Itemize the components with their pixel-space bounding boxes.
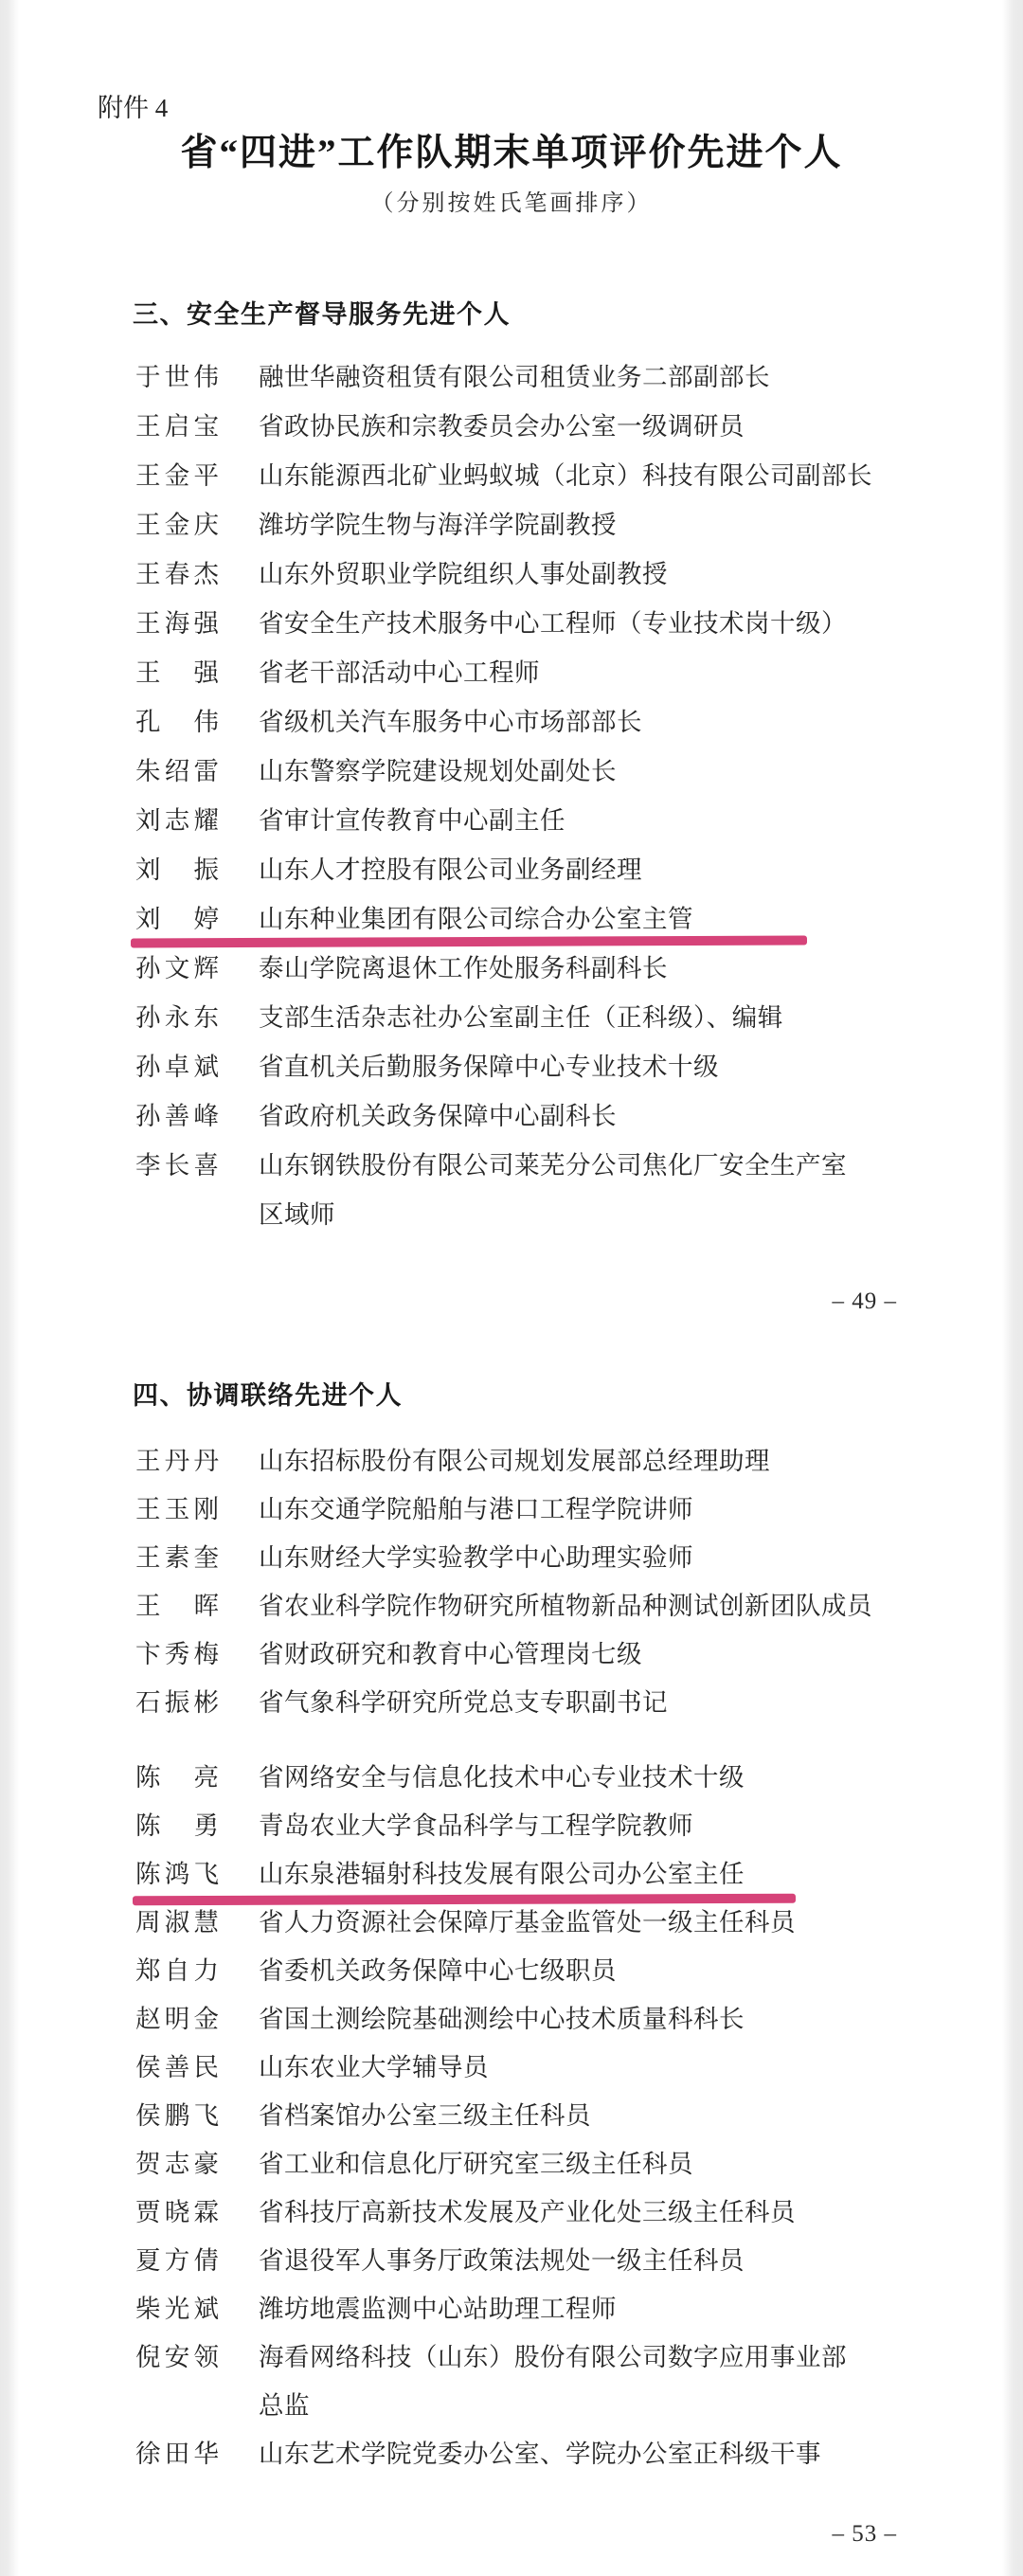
name-char: 方: [165, 2237, 190, 2285]
person-title: 省政府机关政务保障中心副科长: [259, 1091, 617, 1141]
document-title: 省“四进”工作队期末单项评价先进个人: [0, 131, 1023, 176]
person-title: 潍坊学院生物与海洋学院副教授: [259, 500, 617, 549]
person-name: 贺志豪: [135, 2140, 219, 2189]
name-char: 振: [194, 845, 220, 894]
person-name: 王丹丹: [135, 1437, 219, 1486]
name-char: 素: [165, 1534, 190, 1582]
name-char: 斌: [194, 2285, 220, 2333]
name-char: 长: [165, 1141, 190, 1190]
person-name: 侯善民: [135, 2044, 219, 2092]
person-title: 省审计宣传教育中心副主任: [259, 796, 565, 845]
name-char: 鹏: [165, 2092, 190, 2140]
name-char: 振: [165, 1679, 190, 1727]
name-char: 安: [165, 2333, 190, 2382]
person-name: 陈勇: [135, 1802, 219, 1850]
person-name: 王启宝: [135, 402, 219, 451]
person-name: 孙永东: [135, 993, 219, 1042]
name-char: 民: [194, 2044, 220, 2092]
name-char: 晓: [165, 2189, 190, 2237]
name-char: 文: [165, 944, 190, 993]
list-item: 孔伟省级机关汽车服务中心市场部部长: [135, 697, 1014, 747]
person-title: 青岛农业大学食品科学与工程学院教师: [259, 1802, 693, 1850]
list-item: 夏方倩省退役军人事务厅政策法规处一级主任科员: [135, 2237, 1014, 2285]
person-title: 省政协民族和宗教委员会办公室一级调研员: [259, 402, 745, 451]
name-char: 伟: [194, 697, 220, 747]
name-char: 光: [165, 2285, 190, 2333]
name-char: 王: [135, 648, 161, 697]
list-item: 陈勇青岛农业大学食品科学与工程学院教师: [135, 1802, 1014, 1850]
name-char: 力: [194, 1947, 220, 1995]
name-char: 陈: [135, 1802, 161, 1850]
name-char: 王: [135, 1437, 161, 1486]
name-char: 宝: [194, 402, 220, 451]
name-char: 志: [165, 2140, 190, 2189]
list-item: 刘婷山东种业集团有限公司综合办公室主管: [135, 894, 1014, 944]
name-char: 孙: [135, 944, 161, 993]
section-heading-liaison: 四、协调联络先进个人: [133, 1382, 1023, 1409]
person-name: 刘婷: [135, 894, 219, 944]
section-list-liaison: 王丹丹山东招标股份有限公司规划发展部总经理助理王玉刚山东交通学院船舶与港口工程学…: [135, 1437, 1014, 2478]
person-name: 倪安领: [135, 2333, 219, 2382]
name-char: 勇: [194, 1802, 220, 1850]
name-char: 于: [135, 352, 161, 402]
person-title: 省网络安全与信息化技术中心专业技术十级: [259, 1754, 745, 1802]
name-char: 夏: [135, 2237, 161, 2285]
name-char: 春: [165, 549, 190, 599]
name-char: 梅: [194, 1630, 220, 1679]
person-title: 海看网络科技（山东）股份有限公司数字应用事业部 总监: [259, 2333, 847, 2430]
list-item: 刘志耀省审计宣传教育中心副主任: [135, 796, 1014, 845]
person-name: 徐田华: [135, 2430, 219, 2478]
name-char: 平: [194, 451, 220, 500]
person-name: 王玉刚: [135, 1486, 219, 1534]
person-title: 省安全生产技术服务中心工程师（专业技术岗十级）: [259, 599, 847, 648]
list-item: 卞秀梅省财政研究和教育中心管理岗七级: [135, 1630, 1014, 1679]
name-char: 刘: [135, 894, 161, 944]
name-char: 世: [165, 352, 190, 402]
person-title: 省国土测绘院基础测绘中心技术质量科科长: [259, 1995, 745, 2044]
person-name: 王海强: [135, 599, 219, 648]
name-char: 自: [165, 1947, 190, 1995]
person-title: 潍坊地震监测中心站助理工程师: [259, 2285, 617, 2333]
name-char: 飞: [194, 1850, 220, 1899]
list-item: 于世伟融世华融资租赁有限公司租赁业务二部副部长: [135, 352, 1014, 402]
list-item: 贺志豪省工业和信息化厅研究室三级主任科员: [135, 2140, 1014, 2189]
list-item: 侯善民山东农业大学辅导员: [135, 2044, 1014, 2092]
name-char: 伟: [194, 352, 220, 402]
section-list-safety: 于世伟融世华融资租赁有限公司租赁业务二部副部长王启宝省政协民族和宗教委员会办公室…: [135, 352, 1014, 1239]
name-char: 朱: [135, 747, 161, 796]
name-char: 秀: [165, 1630, 190, 1679]
person-title: 省人力资源社会保障厅基金监管处一级主任科员: [259, 1899, 796, 1947]
list-item: 孙善峰省政府机关政务保障中心副科长: [135, 1091, 1014, 1141]
page-number-49: – 49 –: [0, 1289, 1023, 1314]
name-char: 婷: [194, 894, 220, 944]
name-char: 陈: [135, 1850, 161, 1899]
name-char: 华: [194, 2430, 220, 2478]
list-item: 朱绍雷山东警察学院建设规划处副处长: [135, 747, 1014, 796]
name-char: 海: [165, 599, 190, 648]
name-char: 倪: [135, 2333, 161, 2382]
person-name: 孙善峰: [135, 1091, 219, 1141]
person-title: 省委机关政务保障中心七级职员: [259, 1947, 617, 1995]
name-char: 贾: [135, 2189, 161, 2237]
name-char: 孔: [135, 697, 161, 747]
person-name: 王强: [135, 648, 219, 697]
name-char: 赵: [135, 1995, 161, 2044]
name-char: 孙: [135, 1091, 161, 1141]
name-char: 亮: [194, 1754, 220, 1802]
page-number-53: – 53 –: [0, 2522, 1023, 2547]
name-char: 卓: [165, 1042, 190, 1091]
name-char: 强: [194, 648, 220, 697]
person-name: 孙文辉: [135, 944, 219, 993]
name-char: 陈: [135, 1754, 161, 1802]
name-char: 王: [135, 402, 161, 451]
name-char: 金: [165, 451, 190, 500]
person-name: 陈鸿飞: [135, 1850, 219, 1899]
person-name: 王金庆: [135, 500, 219, 549]
name-char: 王: [135, 599, 161, 648]
name-char: 王: [135, 1582, 161, 1630]
person-title: 山东警察学院建设规划处副处长: [259, 747, 617, 796]
person-name: 周淑慧: [135, 1899, 219, 1947]
list-item: 倪安领海看网络科技（山东）股份有限公司数字应用事业部 总监: [135, 2333, 1014, 2430]
name-char: 刘: [135, 845, 161, 894]
name-char: 周: [135, 1899, 161, 1947]
name-char: 强: [194, 599, 220, 648]
name-char: 东: [194, 993, 220, 1042]
person-name: 刘志耀: [135, 796, 219, 845]
name-char: 霖: [194, 2189, 220, 2237]
list-item: 柴光斌潍坊地震监测中心站助理工程师: [135, 2285, 1014, 2333]
name-char: 徐: [135, 2430, 161, 2478]
person-name: 贾晓霖: [135, 2189, 219, 2237]
name-char: 善: [165, 1091, 190, 1141]
name-char: 丹: [194, 1437, 220, 1486]
name-char: 侯: [135, 2092, 161, 2140]
person-name: 赵明金: [135, 1995, 219, 2044]
person-name: 于世伟: [135, 352, 219, 402]
person-title: 山东能源西北矿业蚂蚁城（北京）科技有限公司副部长: [259, 451, 872, 500]
name-char: 耀: [194, 796, 220, 845]
person-name: 孙卓斌: [135, 1042, 219, 1091]
list-item: 孙文辉泰山学院离退休工作处服务科副科长: [135, 944, 1014, 993]
list-item: 王素奎山东财经大学实验教学中心助理实验师: [135, 1534, 1014, 1582]
person-name: 孔伟: [135, 697, 219, 747]
person-name: 刘振: [135, 845, 219, 894]
person-title: 省退役军人事务厅政策法规处一级主任科员: [259, 2237, 745, 2285]
list-item: 王丹丹山东招标股份有限公司规划发展部总经理助理: [135, 1437, 1014, 1486]
name-char: 永: [165, 993, 190, 1042]
list-item: 孙永东支部生活杂志社办公室副主任（正科级）、编辑: [135, 993, 1014, 1042]
name-char: 奎: [194, 1534, 220, 1582]
document-subtitle: （分别按姓氏笔画排序）: [0, 189, 1023, 218]
name-char: 田: [165, 2430, 190, 2478]
name-char: 善: [165, 2044, 190, 2092]
person-title: 山东泉港辐射科技发展有限公司办公室主任: [259, 1850, 745, 1899]
person-name: 柴光斌: [135, 2285, 219, 2333]
person-name: 朱绍雷: [135, 747, 219, 796]
person-title: 融世华融资租赁有限公司租赁业务二部副部长: [259, 352, 770, 402]
name-char: 玉: [165, 1486, 190, 1534]
name-char: 贺: [135, 2140, 161, 2189]
list-item: 王金庆潍坊学院生物与海洋学院副教授: [135, 500, 1014, 549]
name-char: 启: [165, 402, 190, 451]
name-char: 金: [194, 1995, 220, 2044]
person-name: 郑自力: [135, 1947, 219, 1995]
name-char: 领: [194, 2333, 220, 2382]
name-char: 志: [165, 796, 190, 845]
person-title: 山东招标股份有限公司规划发展部总经理助理: [259, 1437, 770, 1486]
list-item: 贾晓霖省科技厅高新技术发展及产业化处三级主任科员: [135, 2189, 1014, 2237]
section-heading-safety: 三、安全生产督导服务先进个人: [133, 301, 1023, 328]
name-char: 慧: [194, 1899, 220, 1947]
list-item: 赵明金省国土测绘院基础测绘中心技术质量科科长: [135, 1995, 1014, 2044]
person-name: 夏方倩: [135, 2237, 219, 2285]
name-char: 侯: [135, 2044, 161, 2092]
name-char: 孙: [135, 993, 161, 1042]
name-char: 杰: [194, 549, 220, 599]
person-title: 省农业科学院作物研究所植物新品种测试创新团队成员: [259, 1582, 872, 1630]
name-char: 王: [135, 1486, 161, 1534]
name-char: 金: [165, 500, 190, 549]
name-char: 喜: [194, 1141, 220, 1190]
person-name: 王素奎: [135, 1534, 219, 1582]
name-char: 丹: [165, 1437, 190, 1486]
name-char: 峰: [194, 1091, 220, 1141]
attachment-label: 附件 4: [98, 95, 1023, 121]
person-name: 王金平: [135, 451, 219, 500]
name-char: 刚: [194, 1486, 220, 1534]
list-item: 王晖省农业科学院作物研究所植物新品种测试创新团队成员: [135, 1582, 1014, 1630]
name-char: 晖: [194, 1582, 220, 1630]
list-item: 陈鸿飞山东泉港辐射科技发展有限公司办公室主任: [135, 1850, 1014, 1899]
name-char: 雷: [194, 747, 220, 796]
list-item: 孙卓斌省直机关后勤服务保障中心专业技术十级: [135, 1042, 1014, 1091]
person-title: 泰山学院离退休工作处服务科副科长: [259, 944, 668, 993]
list-item: 周淑慧省人力资源社会保障厅基金监管处一级主任科员: [135, 1899, 1014, 1947]
name-char: 绍: [165, 747, 190, 796]
name-char: 斌: [194, 1042, 220, 1091]
list-item: 郑自力省委机关政务保障中心七级职员: [135, 1947, 1014, 1995]
person-name: 侯鹏飞: [135, 2092, 219, 2140]
list-item: 石振彬省气象科学研究所党总支专职副书记: [135, 1679, 1014, 1727]
name-char: 柴: [135, 2285, 161, 2333]
list-item: 徐田华山东艺术学院党委办公室、学院办公室正科级干事: [135, 2430, 1014, 2478]
person-title: 省科技厅高新技术发展及产业化处三级主任科员: [259, 2189, 796, 2237]
name-char: 石: [135, 1679, 161, 1727]
name-char: 鸿: [165, 1850, 190, 1899]
person-name: 陈亮: [135, 1754, 219, 1802]
list-item: 刘振山东人才控股有限公司业务副经理: [135, 845, 1014, 894]
list-item: 王春杰山东外贸职业学院组织人事处副教授: [135, 549, 1014, 599]
person-title: 省档案馆办公室三级主任科员: [259, 2092, 591, 2140]
name-char: 刘: [135, 796, 161, 845]
list-item: 李长喜山东钢铁股份有限公司莱芜分公司焦化厂安全生产室 区域师: [135, 1141, 1014, 1239]
list-item: 王强省老干部活动中心工程师: [135, 648, 1014, 697]
list-item: 侯鹏飞省档案馆办公室三级主任科员: [135, 2092, 1014, 2140]
person-title: 山东交通学院船舶与港口工程学院讲师: [259, 1486, 693, 1534]
list-item: 王金平山东能源西北矿业蚂蚁城（北京）科技有限公司副部长: [135, 451, 1014, 500]
scanned-document-page: { "page": { "attachment_label": "附件 4", …: [0, 0, 1023, 2576]
name-char: 李: [135, 1141, 161, 1190]
person-name: 卞秀梅: [135, 1630, 219, 1679]
person-title: 山东外贸职业学院组织人事处副教授: [259, 549, 668, 599]
person-title: 支部生活杂志社办公室副主任（正科级）、编辑: [259, 993, 783, 1042]
person-name: 石振彬: [135, 1679, 219, 1727]
name-char: 豪: [194, 2140, 220, 2189]
name-char: 王: [135, 549, 161, 599]
person-title: 省财政研究和教育中心管理岗七级: [259, 1630, 642, 1679]
person-title: 省直机关后勤服务保障中心专业技术十级: [259, 1042, 719, 1091]
name-char: 郑: [135, 1947, 161, 1995]
name-char: 飞: [194, 2092, 220, 2140]
name-char: 彬: [194, 1679, 220, 1727]
name-char: 王: [135, 1534, 161, 1582]
name-char: 倩: [194, 2237, 220, 2285]
list-item: 王海强省安全生产技术服务中心工程师（专业技术岗十级）: [135, 599, 1014, 648]
list-item: 王启宝省政协民族和宗教委员会办公室一级调研员: [135, 402, 1014, 451]
person-title: 山东钢铁股份有限公司莱芜分公司焦化厂安全生产室 区域师: [259, 1141, 847, 1239]
person-title: 省级机关汽车服务中心市场部部长: [259, 697, 642, 747]
person-title: 山东艺术学院党委办公室、学院办公室正科级干事: [259, 2430, 821, 2478]
name-char: 孙: [135, 1042, 161, 1091]
name-char: 卞: [135, 1630, 161, 1679]
name-char: 庆: [194, 500, 220, 549]
name-char: 淑: [165, 1899, 190, 1947]
person-title: 省老干部活动中心工程师: [259, 648, 540, 697]
person-title: 省工业和信息化厅研究室三级主任科员: [259, 2140, 693, 2189]
person-name: 王春杰: [135, 549, 219, 599]
person-title: 山东财经大学实验教学中心助理实验师: [259, 1534, 693, 1582]
name-char: 明: [165, 1995, 190, 2044]
person-title: 山东人才控股有限公司业务副经理: [259, 845, 642, 894]
person-name: 王晖: [135, 1582, 219, 1630]
name-char: 辉: [194, 944, 220, 993]
person-title: 山东农业大学辅导员: [259, 2044, 489, 2092]
name-char: 王: [135, 500, 161, 549]
person-title: 省气象科学研究所党总支专职副书记: [259, 1679, 668, 1727]
name-char: 王: [135, 451, 161, 500]
list-item: 陈亮省网络安全与信息化技术中心专业技术十级: [135, 1754, 1014, 1802]
person-name: 李长喜: [135, 1141, 219, 1190]
list-item: 王玉刚山东交通学院船舶与港口工程学院讲师: [135, 1486, 1014, 1534]
